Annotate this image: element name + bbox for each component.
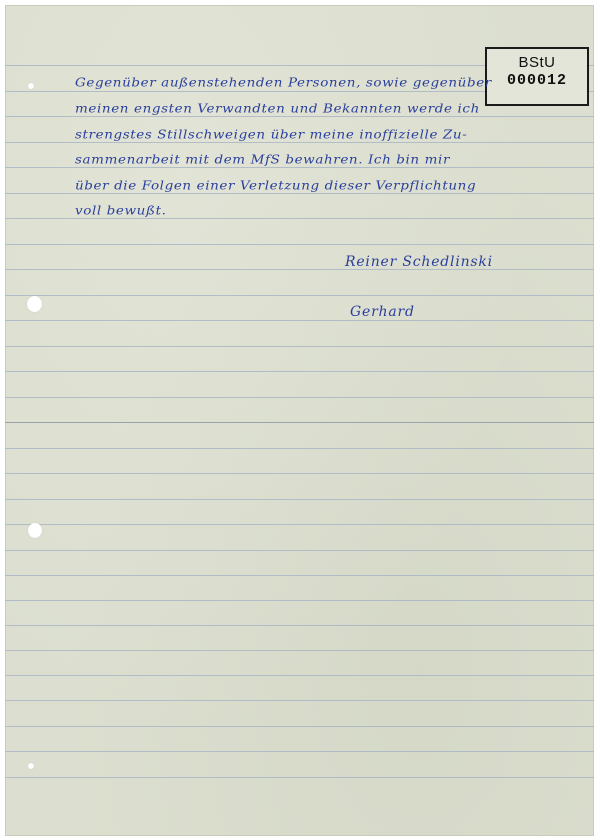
text-line: sammenarbeit mit dem MfS bewahren. Ich b… — [75, 153, 450, 167]
ruled-line — [5, 473, 594, 474]
stamp-number: 000012 — [487, 72, 587, 89]
text-line: voll bewußt. — [75, 204, 167, 218]
punch-hole-icon — [27, 296, 42, 312]
ruled-line — [5, 244, 594, 245]
ruled-line — [5, 167, 594, 168]
ruled-line — [5, 320, 594, 321]
ruled-line — [5, 116, 594, 117]
ruled-line — [5, 777, 594, 778]
punch-hole-icon — [28, 523, 42, 538]
ruled-line — [5, 448, 594, 449]
ruled-line — [5, 346, 594, 347]
ruled-line — [5, 269, 594, 270]
ruled-line — [5, 142, 594, 143]
signature-full-name: Reiner Schedlinski — [345, 254, 493, 270]
text-line: strengstes Stillschweigen über meine ino… — [75, 128, 467, 142]
ruled-line — [5, 700, 594, 701]
ruled-line — [5, 575, 594, 576]
stamp-agency: BStU — [487, 54, 587, 71]
ruled-line — [5, 550, 594, 551]
ruled-line — [5, 524, 594, 525]
ruled-line — [5, 675, 594, 676]
ruled-line — [5, 726, 594, 727]
ruled-line — [5, 499, 594, 500]
ruled-line — [5, 193, 594, 194]
ruled-line — [5, 371, 594, 372]
fold-crease — [5, 422, 594, 423]
ruled-line — [5, 218, 594, 219]
punch-hole-icon — [28, 763, 34, 769]
punch-hole-icon — [28, 83, 34, 89]
ruled-line — [5, 751, 594, 752]
ruled-line — [5, 397, 594, 398]
ruled-line — [5, 600, 594, 601]
text-line: Gegenüber außenstehenden Personen, sowie… — [75, 76, 492, 90]
ruled-line — [5, 625, 594, 626]
ruled-line — [5, 650, 594, 651]
text-line: meinen engsten Verwandten und Bekannten … — [75, 102, 480, 116]
signature-code-name: Gerhard — [350, 304, 415, 320]
archive-stamp: BStU 000012 — [485, 47, 589, 106]
ruled-line — [5, 295, 594, 296]
text-line: über die Folgen einer Verletzung dieser … — [75, 179, 476, 193]
